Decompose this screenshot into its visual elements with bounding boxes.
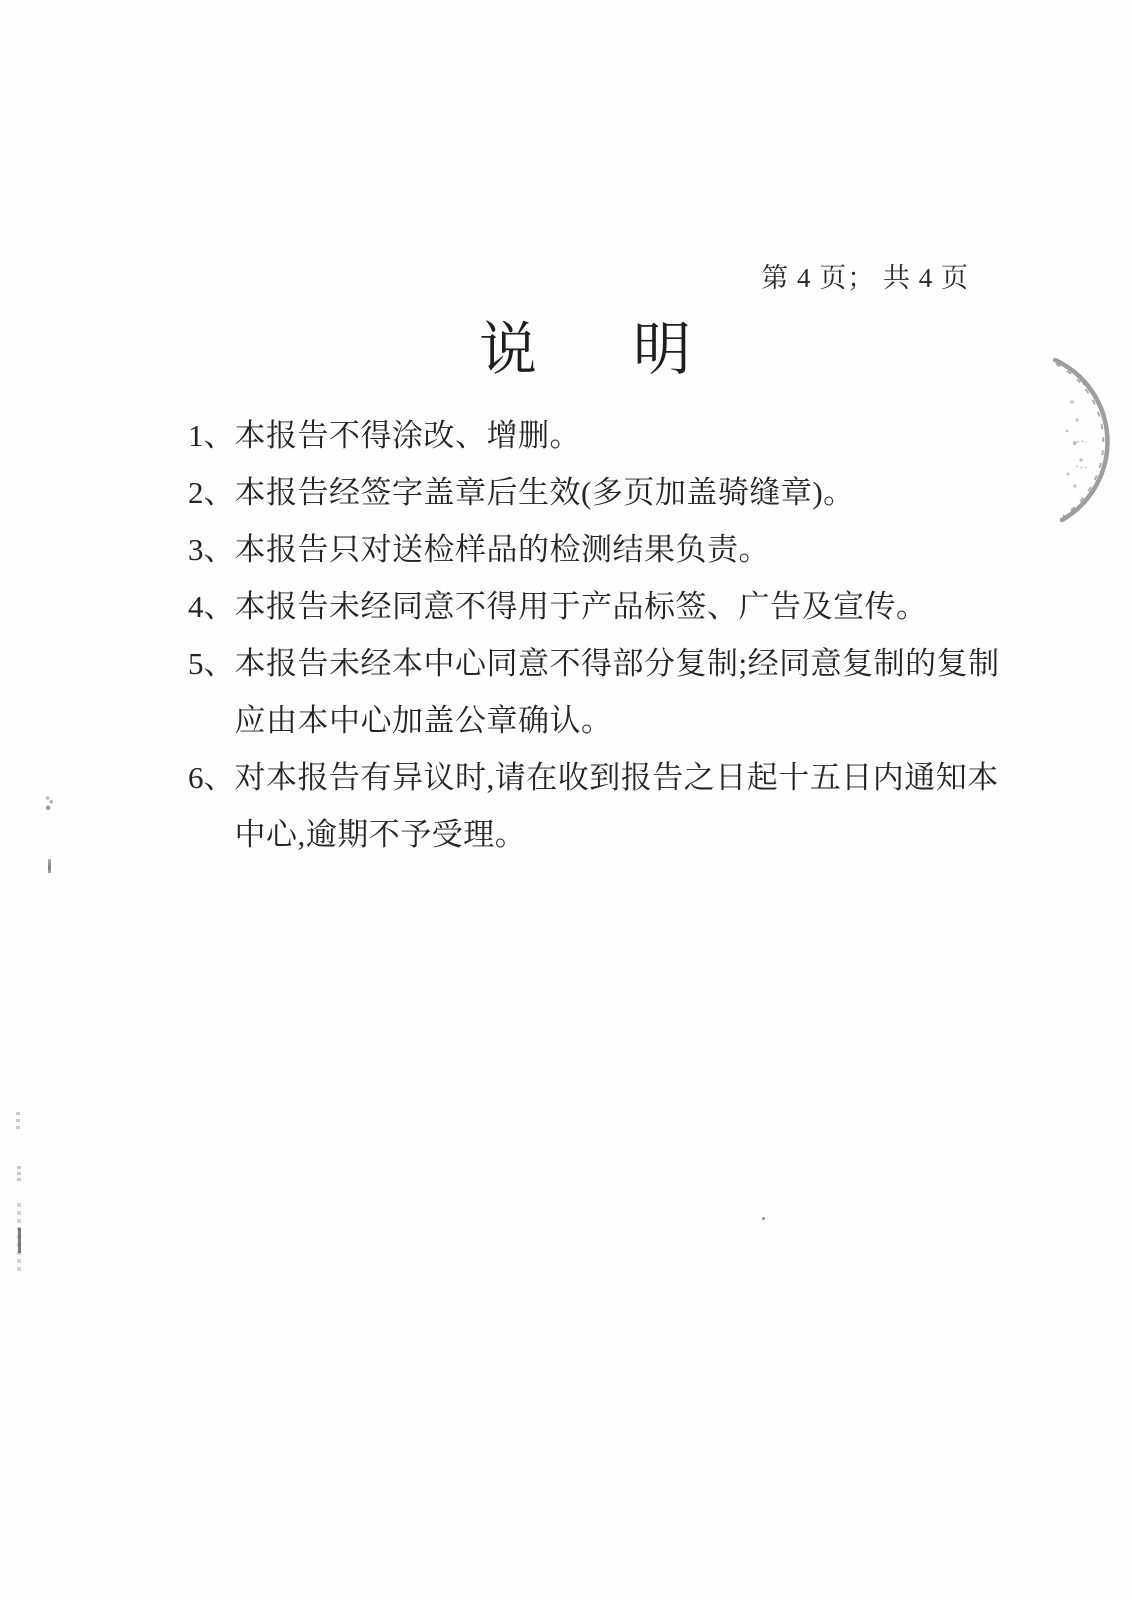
- scan-artifact: [762, 1217, 765, 1220]
- note-line: 应由本中心加盖公章确认。: [235, 692, 1019, 749]
- note-line: 本报告未经本中心同意不得部分复制;经同意复制的复制: [235, 635, 1019, 692]
- page-number: 第 4 页； 共 4 页: [761, 256, 969, 295]
- note-line: 本报告只对送检样品的检测结果负责。: [235, 521, 1019, 578]
- scan-artifact: [17, 1166, 21, 1182]
- page-title-char-2: 明: [633, 318, 691, 382]
- note-line: 对本报告有异议时,请在收到报告之日起十五日内通知本: [235, 749, 1019, 806]
- note-text: 本报告未经同意不得用于产品标签、广告及宣传。: [235, 578, 1019, 635]
- note-number: 2、: [188, 464, 235, 521]
- note-number: 4、: [188, 578, 235, 635]
- note-line: 中心,逾期不予受理。: [235, 806, 1019, 863]
- notes-list: 1、 本报告不得涂改、增删。 2、 本报告经签字盖章后生效(多页加盖骑缝章)。 …: [188, 407, 1018, 863]
- page-title: 说 明: [190, 318, 980, 382]
- page-title-char-1: 说: [479, 318, 537, 382]
- note-item-6: 6、 对本报告有异议时,请在收到报告之日起十五日内通知本 中心,逾期不予受理。: [188, 749, 1018, 863]
- note-text: 本报告不得涂改、增删。: [235, 407, 1019, 464]
- note-number: 6、: [188, 749, 235, 806]
- note-number: 3、: [188, 521, 235, 578]
- note-line: 本报告经签字盖章后生效(多页加盖骑缝章)。: [235, 464, 1019, 521]
- note-number: 1、: [188, 407, 235, 464]
- seal-stamp-partial-icon: [1010, 348, 1122, 533]
- note-text: 本报告经签字盖章后生效(多页加盖骑缝章)。: [235, 464, 1019, 521]
- scan-artifact: [16, 1112, 20, 1130]
- note-item-3: 3、 本报告只对送检样品的检测结果负责。: [188, 521, 1018, 578]
- scan-artifact: [17, 1203, 21, 1271]
- scan-artifact: [48, 859, 51, 873]
- note-text: 本报告只对送检样品的检测结果负责。: [235, 521, 1019, 578]
- scan-artifact: [18, 1228, 21, 1253]
- note-item-4: 4、 本报告未经同意不得用于产品标签、广告及宣传。: [188, 578, 1018, 635]
- scanned-report-page: 第 4 页； 共 4 页 说 明 1、 本报告不得涂改、增删。 2、 本报告经签…: [0, 0, 1132, 1600]
- note-number: 5、: [188, 635, 235, 692]
- note-line: 本报告未经同意不得用于产品标签、广告及宣传。: [235, 578, 1019, 635]
- note-item-5: 5、 本报告未经本中心同意不得部分复制;经同意复制的复制 应由本中心加盖公章确认…: [188, 635, 1018, 749]
- note-item-2: 2、 本报告经签字盖章后生效(多页加盖骑缝章)。: [188, 464, 1018, 521]
- note-text: 本报告未经本中心同意不得部分复制;经同意复制的复制 应由本中心加盖公章确认。: [235, 635, 1019, 749]
- note-text: 对本报告有异议时,请在收到报告之日起十五日内通知本 中心,逾期不予受理。: [235, 749, 1019, 863]
- note-line: 本报告不得涂改、增删。: [235, 407, 1019, 464]
- note-item-1: 1、 本报告不得涂改、增删。: [188, 407, 1018, 464]
- scan-artifact: [45, 795, 54, 810]
